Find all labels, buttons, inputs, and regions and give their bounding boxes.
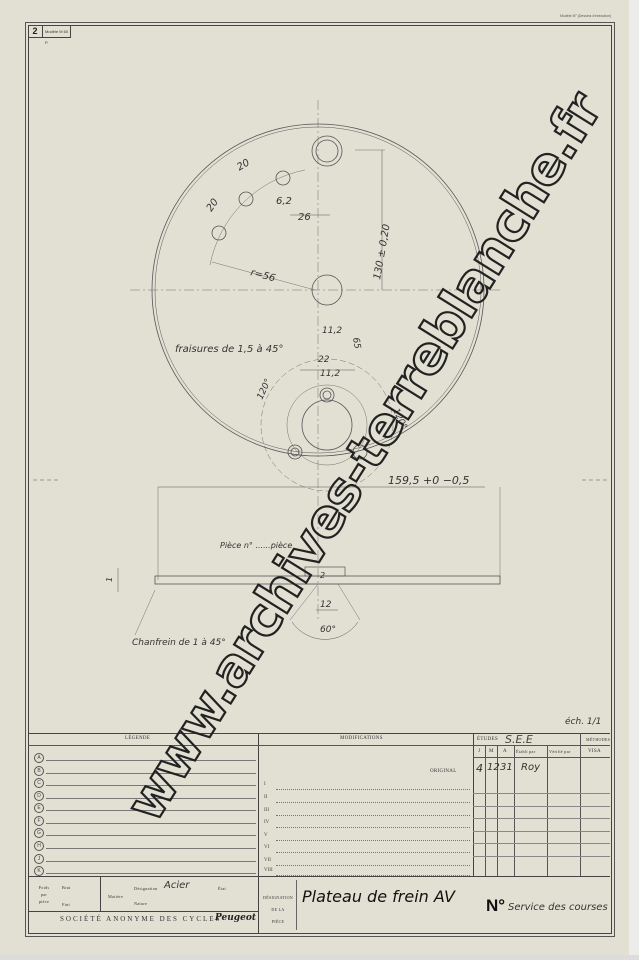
modification-row-6: VI [264, 843, 470, 856]
modification-index: VIII [264, 868, 273, 873]
modification-index: VII [264, 858, 271, 863]
etudes-grid-row [473, 856, 610, 857]
col-j: J [478, 749, 480, 754]
col-visa: VISA [588, 749, 601, 754]
legend-line [46, 848, 256, 849]
etudes-label: ÉTUDES [477, 737, 498, 742]
etudes-month: 12 [487, 762, 500, 773]
designation-label: DÉSIGNATION DE LA PIÈCE [261, 892, 295, 928]
modification-line [276, 815, 470, 816]
modification-line [276, 875, 470, 876]
modifications-header: MODIFICATIONS [340, 736, 383, 741]
etudes-grid-row [473, 818, 610, 819]
legend-marker: F [34, 816, 44, 826]
legend-marker: B [34, 766, 44, 776]
legend-marker: A [34, 753, 44, 763]
note-scale: éch. 1/1 [565, 716, 601, 727]
modification-index: VI [264, 845, 269, 850]
dim-radius: r=56 [249, 267, 276, 284]
dim-width-12: 12 [320, 600, 332, 610]
number-value: Service des courses [508, 902, 608, 913]
dim-diameter: 159,5 +0 −0,5 [388, 474, 469, 487]
poids-label-2: par [37, 891, 51, 898]
part-designation: Plateau de frein AV [302, 887, 455, 906]
legend-line [46, 873, 256, 874]
legend-row-j: J [34, 853, 254, 865]
legend-header-rule [28, 745, 258, 746]
modification-line [276, 802, 470, 803]
designation-matiere-value: Acier [164, 880, 189, 891]
poids-divider [100, 876, 101, 911]
etudes-col-divider-visa [580, 733, 581, 876]
etudes-grid-row [473, 793, 610, 794]
legend-marker: D [34, 791, 44, 801]
number-label: N° [486, 896, 505, 916]
legend-line [46, 861, 256, 862]
designation-label-3: PIÈCE [261, 916, 295, 928]
dim-hole-small: 11,2 [322, 326, 342, 336]
legend-row-g: G [34, 827, 254, 839]
company-rule [28, 911, 258, 912]
col-etabli-par: Établi par [516, 749, 535, 754]
legend-row-h: H [34, 840, 254, 852]
modification-index: I [264, 782, 266, 787]
poids-label: Poids par pièce [37, 884, 51, 905]
legend-line [46, 835, 256, 836]
modification-row-1: I [264, 780, 470, 793]
modification-line [276, 789, 470, 790]
legend-marker: H [34, 841, 44, 851]
etudes-grid-row [473, 831, 610, 832]
modification-line [276, 840, 470, 841]
legend-marker: C [34, 778, 44, 788]
designation-bracket [296, 880, 297, 930]
designation-label-1: DÉSIGNATION [261, 892, 295, 904]
etudes-header-rule [473, 745, 610, 746]
modification-row-2: II [264, 793, 470, 806]
modification-line [276, 827, 470, 828]
dim-65: 65 [350, 337, 362, 350]
dim-thickness: 1 [105, 577, 114, 582]
poids-brut-label: Brut [62, 885, 71, 890]
modification-index: V [264, 833, 268, 838]
modification-row-8: VIII [264, 866, 470, 879]
note-fraisures: fraisures de 1,5 à 45° [175, 343, 284, 355]
etudes-year: 31 [500, 762, 513, 773]
poids-fini-label: Fini [62, 902, 70, 907]
dim-width-22: 22 [318, 355, 330, 365]
col-m: M [489, 749, 494, 754]
legend-row-k: K [34, 865, 254, 877]
company-name: SOCIÉTÉ ANONYME DES CYCLES [60, 915, 221, 923]
legend-marker: E [34, 803, 44, 813]
dim-angle-60: 60° [320, 625, 336, 635]
legend-marker: G [34, 828, 44, 838]
matiere-label: Matière [108, 894, 123, 899]
legend-marker: J [34, 854, 44, 864]
etudes-author: Roy [521, 762, 540, 773]
modification-index: III [264, 808, 269, 813]
legend-marker: K [34, 866, 44, 876]
dim-hole-small-b: 11,2 [320, 369, 340, 379]
title-block-divider-1 [258, 733, 259, 934]
modification-index: IV [264, 820, 269, 825]
dim-height: 130 ± 0,20 [372, 223, 393, 280]
col-a: A [503, 749, 507, 754]
poids-label-3: pièce [37, 898, 51, 905]
col-verifie-par: Vérifié par [549, 749, 571, 754]
title-block-divider-2 [473, 733, 474, 876]
legend-header: LÉGENDE [125, 736, 150, 741]
methodes-label: MÉTHODES [586, 737, 610, 742]
legend-line [46, 823, 256, 824]
etudes-grid-row [473, 806, 610, 807]
etudes-day: 4 [476, 762, 483, 775]
nature-label: Nature [134, 901, 147, 906]
etat-label: État [218, 886, 226, 891]
brand-logo: Peugeot [215, 913, 256, 923]
dim-spacing-2: 20 [235, 157, 252, 173]
modifications-header-rule [258, 745, 473, 746]
poids-label-1: Poids [37, 884, 51, 891]
modification-row-4: IV [264, 818, 470, 831]
modification-line [276, 852, 470, 853]
etudes-grid-row [473, 843, 610, 844]
original-label: ORIGINAL [430, 769, 457, 774]
designation-matiere-label: Désignation [134, 886, 158, 891]
etudes-columns-rule [473, 757, 610, 758]
dim-hole-dia: 6,2 [276, 196, 292, 207]
designation-label-2: DE LA [261, 904, 295, 916]
dim-offset: 26 [298, 212, 311, 223]
dim-angle-120: 120° [256, 377, 274, 401]
modification-index: II [264, 795, 267, 800]
dim-spacing-1: 20 [205, 197, 221, 214]
etudes-value: S.E.E [505, 733, 533, 746]
